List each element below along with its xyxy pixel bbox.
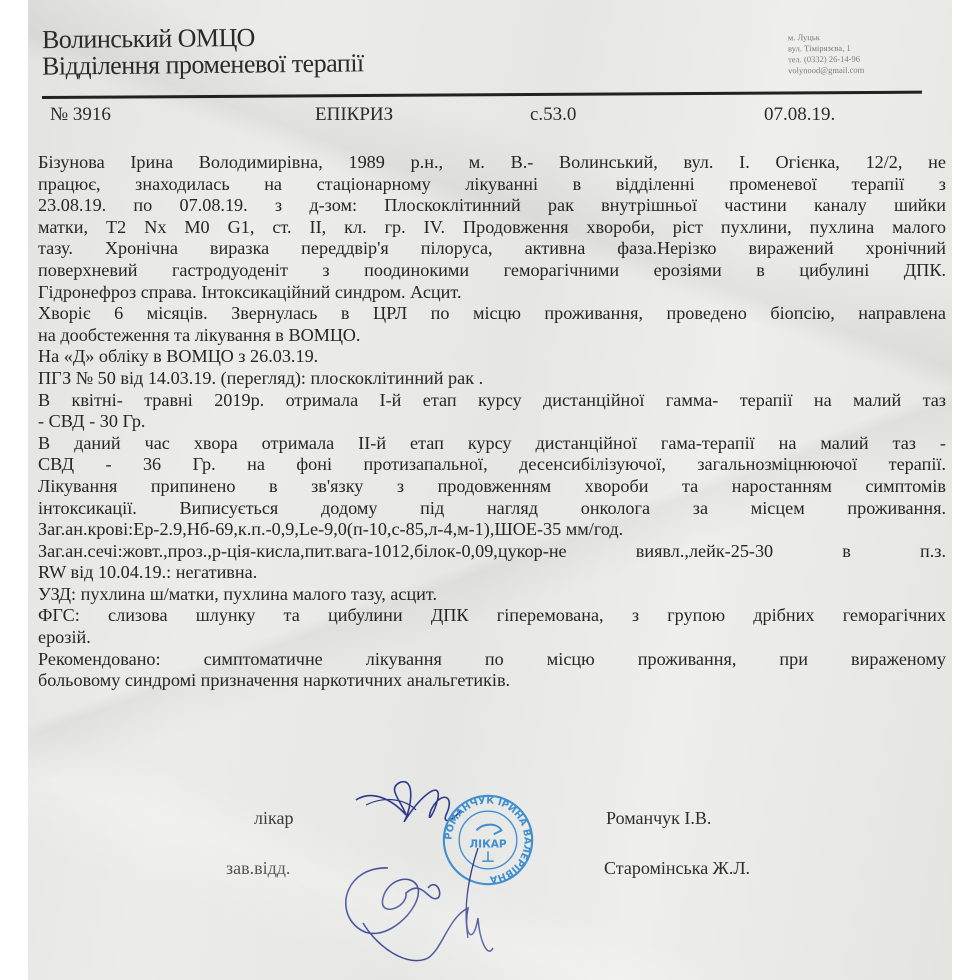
epicrisis-body: Бізунова Ірина Володимирівна, 1989 р.н.,… xyxy=(38,152,946,692)
contact-email: volynood@gmail.com xyxy=(788,65,864,77)
body-line: УЗД: пухлина ш/матки, пухлина малого таз… xyxy=(38,584,946,606)
body-line: на дообстеження та лікування в ВОМЦО. xyxy=(38,325,946,347)
body-line: На «Д» обліку в ВОМЦО з 26.03.19. xyxy=(38,346,946,368)
contact-phone: тел. (0332) 26-14-96 xyxy=(788,54,864,66)
body-line: Гідронефроз справа. Інтоксикаційний синд… xyxy=(38,282,946,304)
body-line: СВД - 36 Гр. на фоні протизапальної, дес… xyxy=(38,454,946,476)
body-line: Заг.ан.сечі:жовт.,проз.,р-ція-кисла,пит.… xyxy=(38,541,946,563)
body-line: матки, T2 Nx M0 G1, ст. ІІ, кл. гр. IV. … xyxy=(38,217,946,239)
body-line: Бізунова Ірина Володимирівна, 1989 р.н.,… xyxy=(38,152,946,174)
body-line: В даний час хвора отримала ІІ-й етап кур… xyxy=(38,433,946,455)
document-page: Волинський ОМЦО Відділення променевої те… xyxy=(28,0,952,980)
doctor-stamp: РОМАНЧУК ІРИНА ВАЛЕРІЇВНА ЛІКАР xyxy=(440,792,536,888)
contact-city: м. Луцьк xyxy=(788,32,864,44)
body-line: Хворіє 6 місяців. Звернулась в ЦРЛ по мі… xyxy=(38,303,946,325)
body-line: Рекомендовано: симптоматичне лікування п… xyxy=(38,649,946,671)
body-line: RW від 10.04.19.: негативна. xyxy=(38,562,946,584)
document-date: 07.08.19. xyxy=(764,104,835,126)
body-line: ерозій. xyxy=(38,627,946,649)
body-line: ФГС: слизова шлунку та цибулини ДПК гіпе… xyxy=(38,605,946,627)
body-line: В квітні- травні 2019р. отримала І-й ета… xyxy=(38,390,946,412)
header-divider xyxy=(42,91,922,99)
doctor-name: Романчук І.В. xyxy=(606,808,711,829)
body-line: - СВД - 30 Гр. xyxy=(38,411,946,433)
body-line: ПГЗ № 50 від 14.03.19. (перегляд): плоск… xyxy=(38,368,946,390)
contact-street: вул. Тімірязєва, 1 xyxy=(788,43,864,55)
diagnosis-code: с.53.0 xyxy=(530,104,576,126)
body-line: тазу. Хронічна виразка переддвір'я пілор… xyxy=(38,238,946,260)
doctor-label: лікар xyxy=(254,808,293,829)
body-line: больовому синдромі призначення наркотичн… xyxy=(38,670,946,692)
body-line: Заг.ан.крові:Ер-2.9,Нб-69,к.п.-0,9,Le-9,… xyxy=(38,519,946,541)
head-label: зав.відд. xyxy=(226,858,290,879)
body-line: працює, знаходилась на стаціонарному лік… xyxy=(38,174,946,196)
svg-text:ЛІКАР: ЛІКАР xyxy=(469,839,506,851)
document-title: ЕПІКРИЗ xyxy=(315,104,393,126)
body-line: Лікування припинено в зв'язку з продовже… xyxy=(38,476,946,498)
contact-block: м. Луцьк вул. Тімірязєва, 1 тел. (0332) … xyxy=(788,32,864,77)
document-number: № 3916 xyxy=(50,104,111,126)
body-line: 23.08.19. по 07.08.19. з д-зом: Плоскокл… xyxy=(38,195,946,217)
body-line: поверхневий гастродуоденіт з поодинокими… xyxy=(38,260,946,282)
head-name: Старомінська Ж.Л. xyxy=(604,858,750,879)
body-line: інтоксикації. Виписується додому під наг… xyxy=(38,498,946,520)
department-name: Відділення променевої терапії xyxy=(42,48,364,81)
